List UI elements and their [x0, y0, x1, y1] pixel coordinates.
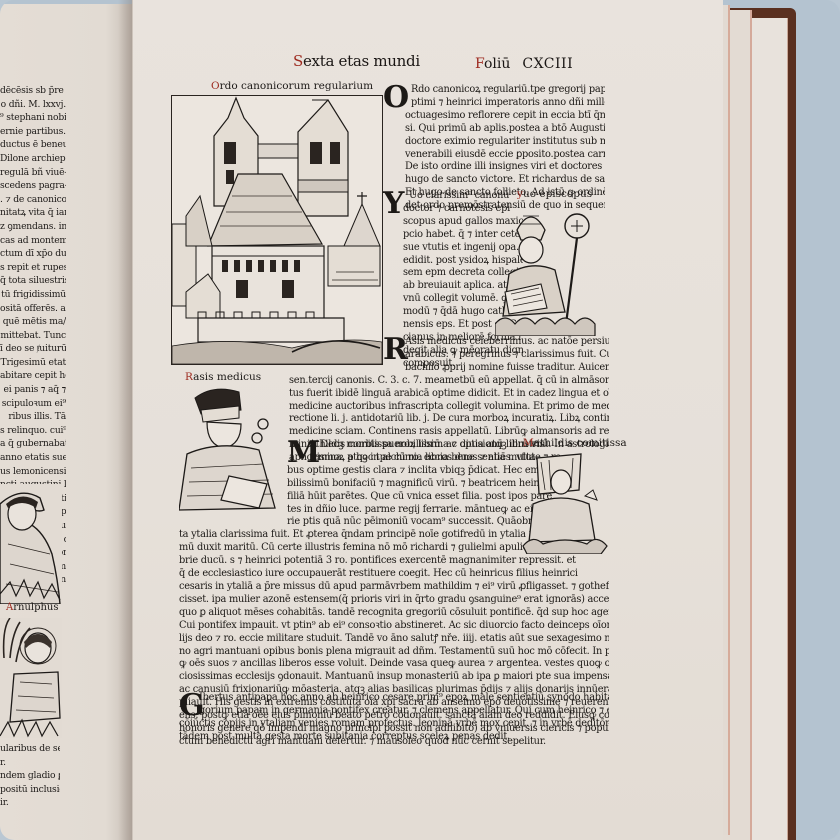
figure-caption-rasis: Rasis medicus [185, 371, 261, 383]
text-line: tādem post multa gesta morte subitania c… [179, 731, 609, 744]
text-line: mittebat. Tunc [0, 329, 66, 343]
text-line: arabicus: ⁊ peregrinus ⁊ clarissimus fui… [289, 349, 609, 362]
text-line: cas ad montem [0, 234, 66, 248]
right-page: Sexta etas mundi FoliūCXCIII Ordo canoni… [132, 0, 723, 840]
text-line: ꝙ oēs suos ⁊ ancillas liberos esse volui… [179, 658, 609, 671]
text-line: scipuloꝛum ei⁹ [0, 397, 66, 411]
text-line: ernie partibus. a [0, 125, 66, 139]
text-line: Uo clarissim⁹ canonū [403, 190, 523, 203]
text-line: ī deo se ⱦuiturū [0, 342, 66, 356]
text-line: scedens pagra- [0, 179, 66, 193]
text-line: r. [0, 756, 60, 770]
text-line: ptimi ⁊ heinrici imperatoris anno dñi mi… [405, 97, 605, 110]
text-line: ribus illis. Tā [0, 410, 66, 424]
text-line: positū inclusio [0, 783, 60, 797]
text-line: lijs deo ⁊ ro. eccie militare studuit. T… [179, 633, 609, 646]
text-line: venerabili eiusdē eccie ꝑposito.postea c… [405, 149, 605, 162]
text-line: brie ducū. s ⁊ heinrici potentiā 3 ro. p… [179, 555, 609, 568]
text-line: quē mētis ma/ [0, 315, 66, 329]
text-line: q̄ tota siluestris [0, 274, 66, 288]
text-line: ularibus de se [0, 742, 60, 756]
text-line: anno etatis sue [0, 451, 66, 465]
left-figure-caption: Arnulphus [6, 602, 59, 613]
text-line: si. Qui primū ab aplis.postea a btō Augu… [405, 123, 605, 136]
text-line: a q̄ gubernabat [0, 437, 66, 451]
text-line: tū frigidissimū [0, 288, 66, 302]
text-line: sen.tercij canonis. C. 3. c. 7. meametbū… [289, 375, 609, 388]
text-line: tus fuerit ibidē linguā arabicā optime d… [289, 388, 609, 401]
text-line: z ꝯmendans. in [0, 220, 66, 234]
drop-cap-y: Y [383, 190, 404, 218]
text-line: octuagesimo reflorere cepit in eccia btī… [405, 110, 605, 123]
text-line: o dñi. M. lxxvj. [0, 98, 66, 112]
text-line: ei panis ⁊ aq̄ ⁊ [0, 383, 66, 397]
church-woodcut-icon [171, 95, 383, 365]
book-photograph: dēcēsis sb p̄re ste-o dñi. M. lxxvj.⁹ st… [0, 0, 840, 840]
text-line: ctum dī xp̄o du [0, 247, 66, 261]
text-line: s relinquo. cui⁹ [0, 424, 66, 438]
text-line: us lemonicensis [0, 465, 66, 479]
serapion-woodcut-icon [0, 484, 60, 604]
text-line: regulā bñ viuē- [0, 166, 66, 180]
text-line: Trigesimū etat [0, 356, 66, 370]
text-line: doctore eximio regulariter institutus su… [405, 136, 605, 149]
bishop-woodcut-icon [495, 204, 607, 336]
text-line: . ⁊ de canonicoꝝ [0, 193, 66, 207]
text-line: s repit et rupes [0, 261, 66, 275]
text-line: ositā offerēs. af [0, 302, 66, 316]
text-line: Dilone archiepo [0, 152, 66, 166]
text-line: q̄ de ecclesiastico iure occupauerāt res… [179, 568, 609, 581]
text-line: ir. [0, 796, 60, 810]
left-page: dēcēsis sb p̄re ste-o dñi. M. lxxvj.⁹ st… [0, 4, 132, 840]
figure-caption-yuo: yuo episcopus [517, 188, 592, 200]
text-line: ⁹ stephani nobi/ [0, 111, 66, 125]
text-line: ndem gladio ꝑ [0, 769, 60, 783]
text-line: abitare cepit he- [0, 369, 66, 383]
text-line: Ibertus antipapa hoc anno ab heinrico ce… [179, 692, 609, 705]
figure-caption-mathildis: Mathildis comitissa [523, 437, 627, 449]
text-line: ductus ē beneuē [0, 138, 66, 152]
text-line: no agri mantuani opibus bonis plena migr… [179, 646, 609, 659]
text-line: quo ꝑ aliquot mēses cohabitās. tandē rec… [179, 607, 609, 620]
arnulphus-woodcut-icon [0, 618, 60, 738]
text-line: gorium papam in germania pontifex creatu… [179, 705, 609, 718]
text-line: Cui pontifex impauit. vt ptin⁹ ab ei⁹ co… [179, 620, 609, 633]
text-line: Rdo canonicoꝝ regulariū.tpe gregorij pap… [405, 84, 605, 97]
text-line: bachilo ꝓprij nomine fuisse traditur. Au… [289, 362, 609, 375]
text-line: cōiūctis copijs in ytaliam venies romam … [179, 718, 609, 731]
paragraph-gibertus: Ibertus antipapa hoc anno ab heinrico ce… [179, 692, 609, 744]
text-line: rectione li. j. antidotariū lib. j. De c… [289, 413, 609, 426]
text-line: dēcēsis sb p̄re ste- [0, 84, 66, 98]
text-line: medicine auctoribus infrascripta collegi… [289, 401, 609, 414]
left-page-bottom-text: ularibus de ser.ndem gladio ꝑpositū incl… [0, 742, 60, 810]
text-line: ciosissimas ecclesijs ꝯdonauit. Mantuanū… [179, 671, 609, 684]
running-head: Sexta etas mundi [293, 52, 420, 70]
folio-number: FoliūCXCIII [475, 56, 573, 72]
text-line: hugo de sancto victore. Et richardus de … [405, 174, 605, 187]
text-line: cesaris in ytaliā a p̄re missus dū apud … [179, 581, 609, 594]
text-line: De isto ordine illi insignes viri et doc… [405, 161, 605, 174]
text-line: nitatꝝ vita q̄ iam [0, 206, 66, 220]
figure-caption-ordo: Ordo canonicorum regularium [211, 80, 373, 92]
text-line: cisset. ipa mulier azonē estensem(q̄ pri… [179, 594, 609, 607]
text-line: Asis medicus celeberrimus. ac natōe pers… [289, 336, 609, 349]
countess-woodcut-icon [521, 450, 609, 554]
